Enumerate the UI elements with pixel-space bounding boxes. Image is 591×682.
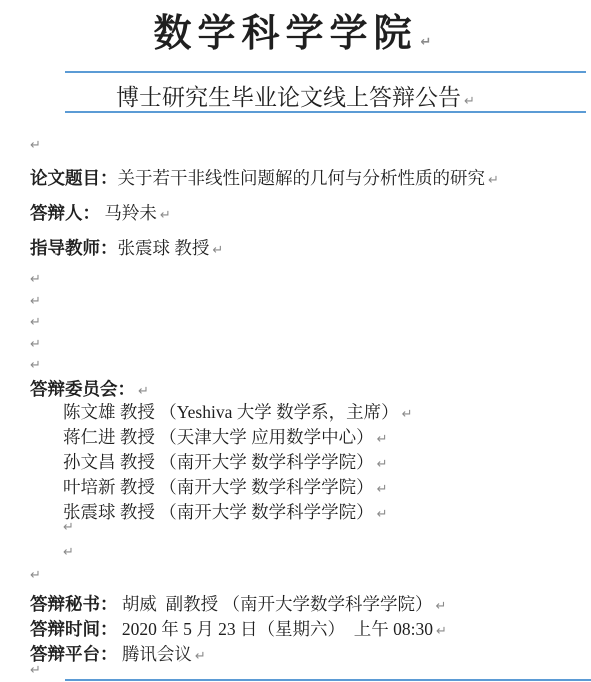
paragraph-mark: ↵ (63, 545, 74, 560)
advisor-line: 指导教师：张震球 教授↵ (30, 236, 223, 263)
document-page: 数学科学学院↵ 博士研究生毕业论文线上答辩公告↵ ↵ 论文题目：关于若干非线性问… (0, 0, 591, 682)
thesis-title-value: 关于若干非线性问题解的几何与分析性质的研究 (118, 168, 486, 188)
paragraph-mark: ↵ (421, 35, 438, 50)
announcement-title-text: 博士研究生毕业论文线上答辩公告 (116, 85, 461, 110)
horizontal-rule-page-bottom (65, 679, 591, 681)
secretary-value: 胡威 副教授 （南开大学数学科学学院） (118, 594, 433, 614)
defense-time-label: 答辩时间： (30, 619, 118, 639)
paragraph-mark: ↵ (377, 507, 388, 522)
defense-platform-line: 答辩平台： 腾讯会议↵ (30, 642, 206, 669)
paragraph-mark: ↵ (30, 315, 41, 330)
paragraph-mark: ↵ (212, 243, 223, 258)
paragraph-mark: ↵ (63, 520, 74, 535)
defender-line: 答辩人： 马羚未↵ (30, 201, 171, 228)
committee-member-row: 张震球 教授 （南开大学 数学科学学院）↵ (63, 500, 388, 527)
paragraph-mark: ↵ (464, 94, 475, 109)
paragraph-mark: ↵ (488, 173, 499, 188)
committee-member-row: 蒋仁进 教授 （天津大学 应用数学中心）↵ (63, 425, 388, 452)
advisor-name: 张震球 教授 (118, 238, 210, 258)
secretary-line: 答辩秘书： 胡威 副教授 （南开大学数学科学学院）↵ (30, 592, 446, 619)
paragraph-mark: ↵ (138, 384, 149, 399)
defense-platform-value: 腾讯会议 (118, 644, 192, 664)
paragraph-mark: ↵ (30, 358, 41, 373)
school-title: 数学科学学院↵ (0, 2, 591, 57)
secretary-label: 答辩秘书： (30, 594, 118, 614)
thesis-label: 论文题目： (30, 168, 118, 188)
paragraph-mark: ↵ (402, 407, 413, 422)
horizontal-rule-top (65, 71, 586, 73)
paragraph-mark: ↵ (30, 663, 41, 678)
paragraph-mark: ↵ (30, 138, 41, 153)
defense-platform-label: 答辩平台： (30, 644, 118, 664)
committee-member: 孙文昌 教授 （南开大学 数学科学学院） (63, 452, 374, 472)
committee-member: 蒋仁进 教授 （天津大学 应用数学中心） (63, 427, 374, 447)
paragraph-mark: ↵ (436, 599, 447, 614)
paragraph-mark: ↵ (30, 337, 41, 352)
defender-name: 马羚未 (100, 203, 157, 223)
paragraph-mark: ↵ (377, 457, 388, 472)
committee-label: 答辩委员会： (30, 379, 135, 399)
defense-time-value: 2020 年 5 月 23 日（星期六） 上午 08:30 (118, 619, 434, 639)
committee-member: 陈文雄 教授 （Yeshiva 大学 数学系，主席） (63, 402, 399, 422)
defender-label: 答辩人： (30, 203, 100, 223)
paragraph-mark: ↵ (30, 294, 41, 309)
paragraph-mark: ↵ (436, 624, 447, 639)
committee-member-row: 叶培新 教授 （南开大学 数学科学学院）↵ (63, 475, 388, 502)
announcement-title: 博士研究生毕业论文线上答辩公告↵ (0, 79, 591, 112)
thesis-title-line: 论文题目：关于若干非线性问题解的几何与分析性质的研究↵ (30, 166, 499, 193)
committee-member-row: 孙文昌 教授 （南开大学 数学科学学院）↵ (63, 450, 388, 477)
school-title-text: 数学科学学院 (154, 13, 418, 55)
advisor-label: 指导教师： (30, 238, 118, 258)
paragraph-mark: ↵ (30, 568, 41, 583)
paragraph-mark: ↵ (377, 432, 388, 447)
defense-time-line: 答辩时间： 2020 年 5 月 23 日（星期六） 上午 08:30↵ (30, 617, 447, 644)
paragraph-mark: ↵ (160, 208, 171, 223)
paragraph-mark: ↵ (30, 272, 41, 287)
committee-member: 张震球 教授 （南开大学 数学科学学院） (63, 502, 374, 522)
horizontal-rule-bottom (65, 111, 586, 113)
committee-member: 叶培新 教授 （南开大学 数学科学学院） (63, 477, 374, 497)
paragraph-mark: ↵ (195, 649, 206, 664)
paragraph-mark: ↵ (377, 482, 388, 497)
committee-member-row: 陈文雄 教授 （Yeshiva 大学 数学系，主席）↵ (63, 400, 413, 427)
